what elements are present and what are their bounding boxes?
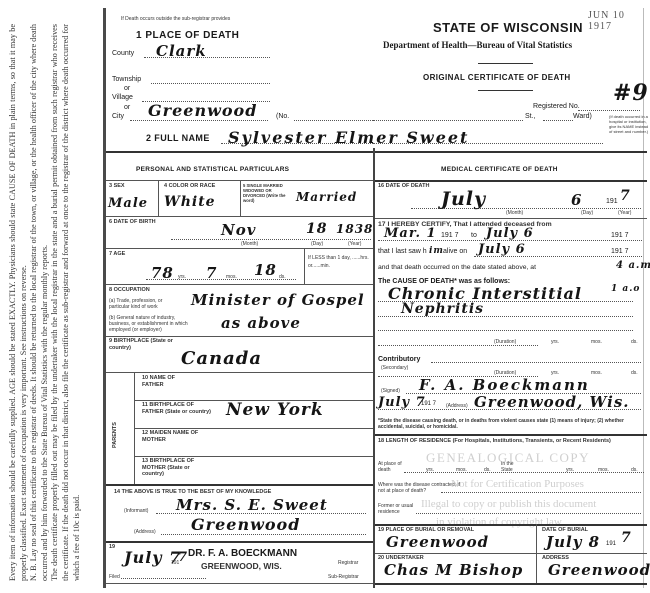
county-value: Clark: [156, 42, 207, 60]
occupation-b-label: (b) General nature of industry, business…: [109, 315, 189, 333]
cause-footnote: *State the disease causing death, or in …: [378, 418, 640, 430]
physician-address-value: Greenwood, Wis.: [474, 393, 630, 411]
physician-signature: F. A. Boeckmann: [419, 376, 590, 394]
death-certificate-form: If Death occurs outside the sub-registra…: [103, 8, 644, 588]
date-of-death-label: 16 DATE OF DEATH: [378, 183, 429, 190]
death-time-value: 4 a.m.: [616, 260, 650, 271]
burial-year-value: 7: [621, 530, 632, 546]
last-saw-date-value: July 6: [478, 242, 526, 257]
death-occurred-text: and that death occurred on the date stat…: [378, 264, 536, 271]
cause-of-death-line-2: Nephritis: [401, 301, 484, 317]
street-number-label: (No.: [276, 113, 289, 120]
death-year-value: 7: [620, 188, 631, 204]
county-label: County: [112, 50, 134, 57]
registrar-stamp-name: DR. F. A. BOECKMANN: [188, 548, 297, 559]
watermark-line-1: GENEALOGICAL COPY: [426, 450, 590, 466]
instructions-paragraph-2: N. B. Lay no seal of this certificate to…: [29, 24, 50, 581]
hospital-note: (If death occurred in a hospital or inst…: [609, 114, 649, 134]
dob-month-value: Nov: [221, 221, 256, 239]
last-saw-label: that I last saw h: [378, 248, 427, 255]
medical-section-title: MEDICAL CERTIFICATE OF DEATH: [441, 166, 558, 173]
sex-label: 3 SEX: [109, 183, 125, 190]
city-value: Greenwood: [148, 101, 257, 120]
color-value: White: [164, 194, 216, 210]
length-of-residence-label: 18 LENGTH OF RESIDENCE (For Hospitals, I…: [378, 438, 643, 445]
mother-birthplace-label: 13 BIRTHPLACE OF MOTHER (State or countr…: [142, 458, 212, 478]
registered-number-label: Registered No.: [533, 103, 580, 110]
watermark-line-2: Not for Certification Purposes: [451, 478, 584, 490]
street-label: St.,: [525, 113, 536, 120]
full-name-value: Sylvester Elmer Sweet: [228, 128, 469, 147]
place-of-death-section: If Death occurs outside the sub-registra…: [106, 8, 373, 148]
father-birthplace-label: 11 BIRTHPLACE OF FATHER (State or countr…: [142, 402, 212, 415]
father-birthplace-value: New York: [226, 400, 324, 420]
occupation-b-value: as above: [221, 314, 301, 332]
undertaker-value: Chas M Bishop: [384, 561, 523, 579]
death-month-value: July: [441, 188, 486, 210]
sub-registrar-note: If Death occurs outside the sub-registra…: [121, 16, 230, 22]
instructions-paragraph-1: Every item of information should be care…: [8, 24, 29, 581]
marital-status-value: Married: [296, 190, 357, 204]
attended-from-value: Mar. 1: [384, 226, 437, 241]
personal-section-title: PERSONAL AND STATISTICAL PARTICULARS: [136, 166, 289, 173]
village-label: Village: [112, 94, 133, 101]
death-day-value: 6: [571, 191, 582, 209]
filed-number-label: 19: [109, 544, 115, 551]
father-name-label: 10 NAME OF FATHER: [142, 375, 182, 388]
certificate-header: JUN 10 1917 STATE OF WISCONSIN Departmen…: [373, 8, 647, 148]
mother-maiden-name-label: 12 MAIDEN NAME OF MOTHER: [142, 430, 202, 443]
date-of-birth-label: 6 DATE OF BIRTH: [109, 219, 156, 226]
place-of-burial-value: Greenwood: [386, 533, 489, 551]
age-label: 7 AGE: [109, 251, 125, 258]
attended-to-value: July 6: [486, 226, 534, 241]
cause-duration-note: 1 a.o: [611, 284, 640, 294]
city-label: City: [112, 113, 124, 120]
birthplace-value: Canada: [181, 348, 262, 369]
dob-year-value: 1838: [336, 222, 373, 236]
signed-date-value: July 7: [378, 395, 426, 410]
occupation-a-label: (a) Trade, profession, or particular kin…: [109, 298, 179, 310]
watermark-line-3: Illegal to copy or publish this document: [421, 498, 596, 510]
township-label: Township: [112, 76, 141, 83]
filed-year-value: 7: [178, 550, 188, 565]
column-divider: [373, 148, 375, 588]
informant-value: Mrs. S. E. Sweet: [176, 496, 328, 514]
sidebar-instructions: Every item of information should be care…: [6, 20, 96, 585]
marital-status-label: 5 SINGLE MARRIED WIDOWED OR DIVORCED (Wr…: [243, 183, 291, 203]
received-date-stamp: JUN 10 1917: [588, 10, 647, 32]
registrar-stamp-city: GREENWOOD, WIS.: [201, 561, 282, 571]
undertaker-address-value: Greenwood: [548, 561, 650, 579]
informant-address-value: Greenwood: [191, 515, 300, 534]
ward-label: Ward): [573, 113, 592, 120]
state-title: STATE OF WISCONSIN: [433, 20, 583, 35]
certificate-title: ORIGINAL CERTIFICATE OF DEATH: [423, 73, 571, 82]
contributory-label: Contributory: [378, 356, 420, 363]
dob-day-value: 18: [306, 221, 327, 237]
place-of-death-label: 1 PLACE OF DEATH: [136, 30, 239, 41]
occupation-a-value: Minister of Gospel: [191, 291, 365, 309]
full-name-label: 2 FULL NAME: [146, 133, 210, 143]
sex-value: Male: [108, 196, 148, 211]
color-label: 4 COLOR OR RACE: [164, 183, 215, 190]
informant-statement-label: 14 THE ABOVE IS TRUE TO THE BEST OF MY K…: [114, 489, 271, 496]
date-of-burial-value: July 8: [546, 533, 600, 551]
parents-label: PARENTS: [112, 422, 119, 448]
instructions-paragraph-3: The death certificate properly filled ou…: [50, 24, 82, 581]
occupation-label: 8 OCCUPATION: [109, 287, 150, 294]
less-than-one-day-label: If LESS than 1 day, ......hrs. or......m…: [308, 254, 370, 270]
registered-number-value: #91: [613, 80, 650, 106]
age-days-value: 18: [254, 261, 277, 279]
birthplace-label: 9 BIRTHPLACE (State or country): [109, 338, 179, 351]
department-title: Department of Health—Bureau of Vital Sta…: [383, 40, 572, 50]
